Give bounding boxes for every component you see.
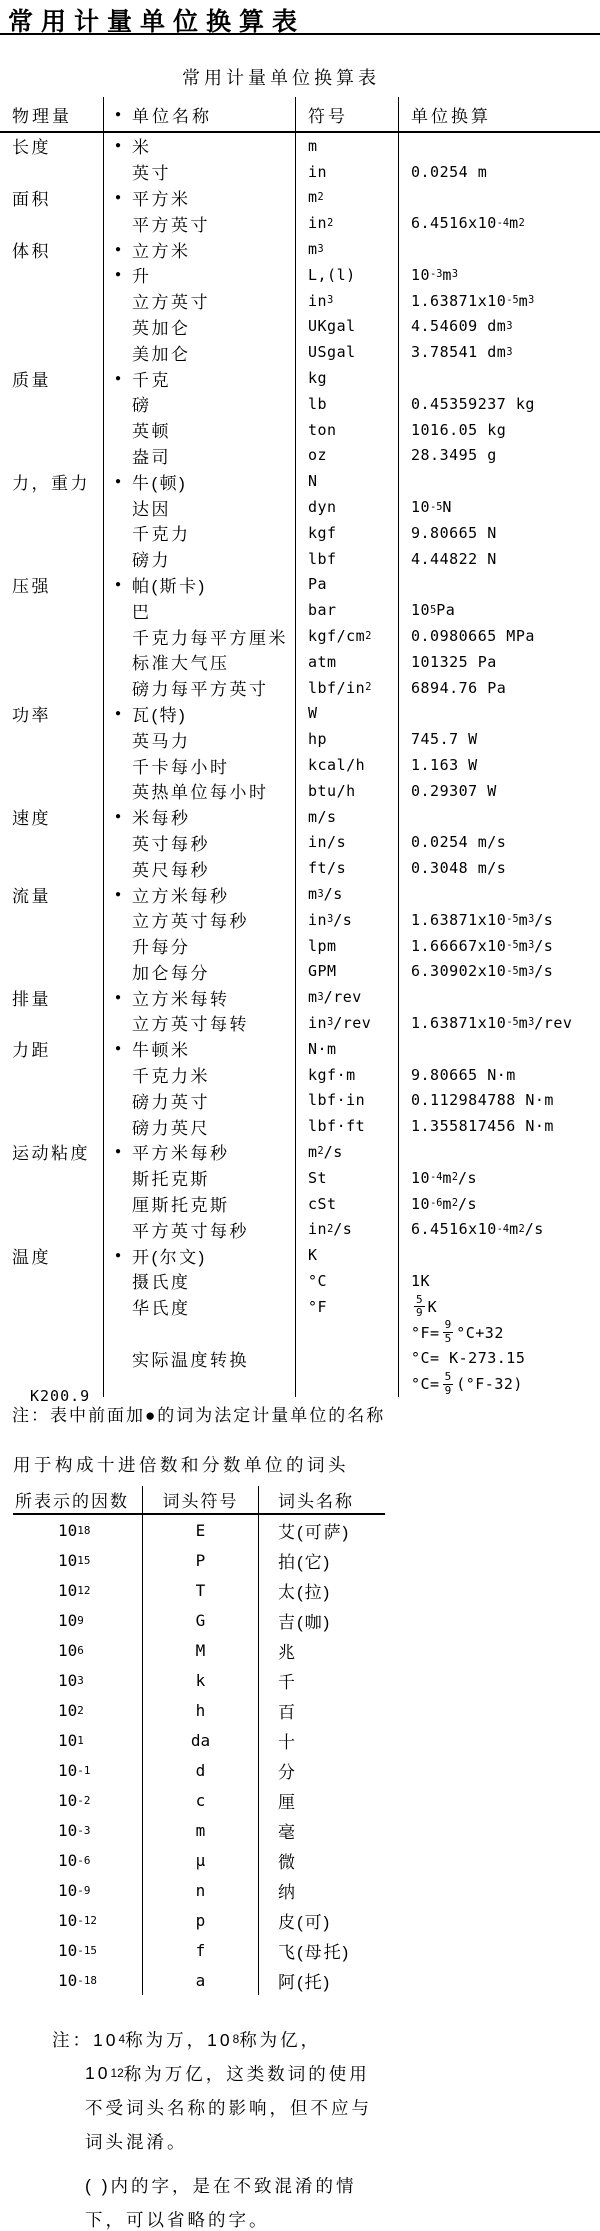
prefix-name-cell: 阿(托) [258,1965,385,1995]
quantity-cell [0,1320,103,1346]
symbol-cell: in3/s [295,907,398,933]
prefix-symbol-cell: h [142,1695,258,1725]
table-row: 华氏度°F59 K [0,1294,600,1320]
table-row: 英寸in0.0254 m [0,159,600,185]
unit-name-label: 加仑每分 [132,959,210,984]
note-line: 下，可以省略的字。 [85,2202,372,2231]
symbol-cell: N [295,468,398,494]
unit-name-cell: ●千克 [103,365,295,391]
symbol-cell: K [295,1242,398,1268]
table-row: 达因dyn10-5 N [0,494,600,520]
quantity-cell [0,649,103,675]
fraction: 95 [443,1319,454,1345]
quantity-cell [0,339,103,365]
symbol-cell: m [295,133,398,159]
quantity-cell [0,675,103,701]
unit-name-label: 摄氏度 [132,1268,191,1293]
conversion-table-header: 物理量 ● 单位名称 符号 单位换算 [0,97,600,133]
legal-unit-bullet: ● [115,1250,132,1261]
symbol-cell: ft/s [295,855,398,881]
quantity-cell [0,288,103,314]
unit-name-label: 厘斯托克斯 [132,1191,230,1216]
table-row: 运动粘度●平方米每秒m2/s [0,1139,600,1165]
legal-unit-bullet: ● [115,269,132,280]
unit-name-cell: 英寸每秒 [103,830,295,856]
unit-name-label: 升 [132,262,152,287]
quantity-cell [0,855,103,881]
conversion-cell [398,701,600,727]
table-row: 盎司oz28.3495 g [0,443,600,469]
symbol-cell: St [295,1165,398,1191]
unit-name-cell: 磅力英尺 [103,1113,295,1139]
prefix-name-cell: 毫 [258,1815,385,1845]
conversion-cell [398,881,600,907]
prefix-row: 109G吉(咖) [13,1605,385,1635]
quantity-cell [0,262,103,288]
prefix-row: 10-18a阿(托) [13,1965,385,1995]
table-row: 体积●立方米m3 [0,236,600,262]
unit-name-label: 英寸每秒 [132,830,210,855]
table-row: 长度●米m [0,133,600,159]
symbol-cell: oz [295,443,398,469]
prefix-row: 10-3m毫 [13,1815,385,1845]
symbol-cell: m3 [295,236,398,262]
unit-name-cell: 英马力 [103,726,295,752]
conversion-cell: 1.355817456 N·m [398,1113,600,1139]
unit-name-cell: 英加仑 [103,314,295,340]
fraction: 59 [414,1294,425,1320]
quantity-cell [0,1216,103,1242]
symbol-cell: kgf·m [295,1062,398,1088]
unit-name-label: 平方英寸 [132,211,210,236]
quantity-cell [0,494,103,520]
table-row: 千克力米kgf·m9.80665 N·m [0,1062,600,1088]
prefix-row: 102h百 [13,1695,385,1725]
conversion-cell: 4.44822 N [398,546,600,572]
conversion-cell: 6.4516x10-4 m2 [398,210,600,236]
prefix-symbol-cell: μ [142,1845,258,1875]
prefix-section-title: 用于构成十进倍数和分数单位的词头 [13,1452,349,1477]
unit-name-cell: 加仑每分 [103,959,295,985]
unit-name-cell: 英顿 [103,417,295,443]
unit-name-label: 磅力每平方英寸 [132,675,269,700]
prefix-row: 10-15f飞(母托) [13,1935,385,1965]
table-row: °F=95°C+32 [0,1320,600,1346]
quantity-cell: 运动粘度 [0,1139,103,1165]
quantity-cell [0,391,103,417]
unit-name-cell: ●米每秒 [103,804,295,830]
factor-cell: 109 [13,1605,142,1635]
quantity-cell [0,546,103,572]
prefix-name-cell: 艾(可萨) [258,1515,385,1545]
factor-cell: 103 [13,1665,142,1695]
table-row: 流量●立方米每秒m3/s [0,881,600,907]
unit-name-cell [103,1320,295,1346]
unit-name-label: 英加仑 [132,314,191,339]
table-row: 厘斯托克斯cSt10-6 m2/s [0,1191,600,1217]
prefix-table: 所表示的因数 词头符号 词头名称 1018E艾(可萨)1015P拍(它)1012… [13,1486,385,1995]
symbol-cell: Pa [295,572,398,598]
legal-unit-note: 注：表中前面加●的词为法定计量单位的名称 [12,1401,385,1426]
factor-cell: 10-18 [13,1965,142,1995]
table-row: 升每分lpm1.66667x10-5 m3/s [0,933,600,959]
unit-name-label: 英尺每秒 [132,856,210,881]
unit-name-cell: 标准大气压 [103,649,295,675]
table-row: 摄氏度°C1K [0,1268,600,1294]
symbol-cell [295,1320,398,1346]
conversion-cell: 28.3495 g [398,443,600,469]
quantity-cell: 面积 [0,185,103,211]
unit-name-label: 英顿 [132,417,171,442]
conversion-cell: 1.163 W [398,752,600,778]
conversion-cell: 10-3 m3 [398,262,600,288]
symbol-cell: USgal [295,339,398,365]
factor-cell: 10-2 [13,1785,142,1815]
prefix-name-cell: 十 [258,1725,385,1755]
conversion-cell: 4.54609 dm3 [398,314,600,340]
prefix-row: 10-9n纳 [13,1875,385,1905]
unit-name-cell: 摄氏度 [103,1268,295,1294]
conversion-cell: 1.66667x10-5 m3/s [398,933,600,959]
conversion-cell: 1.63871x10-5 m3/rev [398,1010,600,1036]
conversion-cell [398,572,600,598]
unit-name-cell: 美加仑 [103,339,295,365]
table-row: 美加仑USgal3.78541 dm3 [0,339,600,365]
quantity-cell [0,417,103,443]
factor-cell: 102 [13,1695,142,1725]
unit-name-label: 华氏度 [132,1294,191,1319]
unit-name-label: 磅 [132,391,152,416]
symbol-cell [295,1371,398,1397]
conversion-cell: 1K [398,1268,600,1294]
table-row: 英加仑UKgal4.54609 dm3 [0,314,600,340]
unit-name-cell: 平方英寸每秒 [103,1216,295,1242]
unit-name-cell: ●平方米 [103,185,295,211]
conversion-cell: °C= K-273.15 [398,1345,600,1371]
prefix-name-cell: 纳 [258,1875,385,1905]
symbol-cell: lbf·in [295,1087,398,1113]
quantity-cell [0,778,103,804]
quantity-cell [0,520,103,546]
conversion-cell: 0.45359237 kg [398,391,600,417]
conversion-cell: 101325 Pa [398,649,600,675]
legal-unit-bullet: ● [115,1043,132,1054]
conversion-cell: 745.7 W [398,726,600,752]
prefix-row: 106M兆 [13,1635,385,1665]
unit-name-cell: 千克力 [103,520,295,546]
symbol-cell: kg [295,365,398,391]
legal-unit-bullet: ● [115,476,132,487]
quantity-cell [0,1010,103,1036]
unit-name-cell: ●平方米每秒 [103,1139,295,1165]
table-row: 温度●开(尔文)K [0,1242,600,1268]
header-factor: 所表示的因数 [13,1486,142,1513]
unit-name-cell: ●立方米 [103,236,295,262]
unit-name-cell: 华氏度 [103,1294,295,1320]
conversion-cell [398,185,600,211]
unit-name-cell: ●开(尔文) [103,1242,295,1268]
symbol-cell: bar [295,597,398,623]
prefix-name-cell: 兆 [258,1635,385,1665]
unit-name-cell: ●牛顿米 [103,1036,295,1062]
symbol-cell: m2/s [295,1139,398,1165]
conversion-table-body: 长度●米m英寸in0.0254 m面积●平方米m2平方英寸in26.4516x1… [0,133,600,1397]
table-row: 立方英寸每转in3/rev1.63871x10-5 m3/rev [0,1010,600,1036]
unit-name-label: 米 [132,133,152,158]
header-unit-name-label: 单位名称 [132,102,212,127]
conversion-cell: 6894.76 Pa [398,675,600,701]
unit-name-cell: ●米 [103,133,295,159]
unit-name-label: 达因 [132,495,171,520]
factor-cell: 106 [13,1635,142,1665]
legal-unit-bullet: ● [115,140,132,151]
symbol-cell: m2 [295,185,398,211]
prefix-row: 103k千 [13,1665,385,1695]
unit-name-label: 巴 [132,598,152,623]
unit-name-cell: ●瓦(特) [103,701,295,727]
header-prefix-symbol: 词头符号 [142,1486,258,1513]
quantity-cell [0,907,103,933]
conversion-cell: 6.30902x10-5 m3/s [398,959,600,985]
conversion-cell: °F=95°C+32 [398,1320,600,1346]
legal-unit-bullet: ● [115,373,132,384]
unit-name-cell: 磅力英寸 [103,1087,295,1113]
symbol-cell: kgf/cm2 [295,623,398,649]
table-row: 平方英寸每秒in2/s6.4516x10-4 m2/s [0,1216,600,1242]
header-prefix-name: 词头名称 [258,1486,385,1513]
prefix-table-body: 1018E艾(可萨)1015P拍(它)1012T太(拉)109G吉(咖)106M… [13,1515,385,1995]
table-row: ●升L,(l)10-3 m3 [0,262,600,288]
prefix-row: 101da十 [13,1725,385,1755]
prefix-name-cell: 百 [258,1695,385,1725]
table-row: 实际温度转换°C= K-273.15 [0,1345,600,1371]
prefix-name-cell: 太(拉) [258,1575,385,1605]
quantity-cell: 温度 [0,1242,103,1268]
prefix-name-cell: 分 [258,1755,385,1785]
prefix-row: 10-6μ微 [13,1845,385,1875]
prefix-symbol-cell: d [142,1755,258,1785]
note-line: 1012称为万亿，这类数词的使用 [85,2056,372,2090]
legal-unit-bullet: ● [115,1146,132,1157]
unit-name-label: 立方米 [132,237,191,262]
table-row: 千卡每小时kcal/h1.163 W [0,752,600,778]
unit-name-label: 千克 [132,366,171,391]
quantity-cell: 排量 [0,984,103,1010]
prefix-name-cell: 厘 [258,1785,385,1815]
table-row: 面积●平方米m2 [0,185,600,211]
symbol-cell: in2/s [295,1216,398,1242]
unit-name-label: 千克力米 [132,1062,210,1087]
table-title: 常用计量单位换算表 [182,64,380,90]
unit-name-label: 平方米每秒 [132,1139,230,1164]
unit-name-cell: ●升 [103,262,295,288]
symbol-cell: W [295,701,398,727]
prefix-symbol-cell: f [142,1935,258,1965]
unit-name-label: 盎司 [132,443,171,468]
prefix-name-cell: 微 [258,1845,385,1875]
unit-name-cell: ●立方米每转 [103,984,295,1010]
prefix-symbol-cell: E [142,1515,258,1545]
document-page: 常用计量单位换算表 常用计量单位换算表 物理量 ● 单位名称 符号 单位换算 长… [0,0,600,2231]
conversion-cell: 10-5 N [398,494,600,520]
header-symbol: 符号 [295,97,398,131]
unit-name-cell: 立方英寸每转 [103,1010,295,1036]
conversion-cell [398,804,600,830]
quantity-cell: 体积 [0,236,103,262]
symbol-cell: kcal/h [295,752,398,778]
unit-name-label: 平方英寸每秒 [132,1217,249,1242]
table-row: 磅lb0.45359237 kg [0,391,600,417]
conversion-cell: 0.3048 m/s [398,855,600,881]
quantity-cell [0,1268,103,1294]
prefix-symbol-cell: a [142,1965,258,1995]
legal-unit-bullet: ● [115,992,132,1003]
table-row: 标准大气压atm101325 Pa [0,649,600,675]
conversion-cell: 0.112984788 N·m [398,1087,600,1113]
quantity-cell [0,314,103,340]
unit-name-label: 千克力每平方厘米 [132,624,288,649]
conversion-cell: 1.63871x10-5 m3/s [398,907,600,933]
quantity-cell [0,1191,103,1217]
prefix-table-header: 所表示的因数 词头符号 词头名称 [13,1486,385,1515]
quantity-cell: 压强 [0,572,103,598]
symbol-cell: m/s [295,804,398,830]
symbol-cell: lb [295,391,398,417]
conversion-cell: 1016.05 kg [398,417,600,443]
symbol-cell: lpm [295,933,398,959]
table-row: 磅力lbf4.44822 N [0,546,600,572]
symbol-cell: in2 [295,210,398,236]
table-row: 斯托克斯St10-4 m2/s [0,1165,600,1191]
legal-unit-bullet: ● [115,579,132,590]
factor-cell: 1012 [13,1575,142,1605]
table-row: 英热单位每小时btu/h0.29307 W [0,778,600,804]
table-row: 质量●千克kg [0,365,600,391]
table-row: 千克力每平方厘米kgf/cm20.0980665 MPa [0,623,600,649]
prefix-symbol-cell: m [142,1815,258,1845]
quantity-cell [0,1087,103,1113]
unit-name-cell: 英尺每秒 [103,855,295,881]
prefix-symbol-cell: c [142,1785,258,1815]
conversion-cell: 0.29307 W [398,778,600,804]
table-row: 压强●帕(斯卡)Pa [0,572,600,598]
prefix-row: 10-12p皮(可) [13,1905,385,1935]
prefix-name-cell: 千 [258,1665,385,1695]
symbol-cell: hp [295,726,398,752]
quantity-cell: 力，重力 [0,468,103,494]
header-unit-name: ● 单位名称 [103,97,295,131]
conversion-cell [398,468,600,494]
table-row: 巴bar105 Pa [0,597,600,623]
symbol-cell: lbf [295,546,398,572]
factor-cell: 1015 [13,1545,142,1575]
symbol-cell: °C [295,1268,398,1294]
symbol-cell: cSt [295,1191,398,1217]
symbol-cell: btu/h [295,778,398,804]
symbol-cell: in/s [295,830,398,856]
prefix-symbol-cell: P [142,1545,258,1575]
prefix-name-cell: 飞(母托) [258,1935,385,1965]
unit-name-label: 立方英寸 [132,288,210,313]
table-row: 千克力kgf9.80665 N [0,520,600,546]
table-row: 磅力英寸lbf·in0.112984788 N·m [0,1087,600,1113]
prefix-row: 10-1d分 [13,1755,385,1785]
legal-unit-bullet: ● [115,811,132,822]
header-conversion: 单位换算 [398,97,600,131]
unit-name-cell: 千克力米 [103,1062,295,1088]
table-row: 英尺每秒ft/s0.3048 m/s [0,855,600,881]
symbol-cell: dyn [295,494,398,520]
quantity-cell [0,1294,103,1320]
note-line: ( )内的字，是在不致混淆的情 [85,2168,372,2202]
factor-cell: 10-9 [13,1875,142,1905]
unit-name-cell: 千克力每平方厘米 [103,623,295,649]
unit-name-cell: 英热单位每小时 [103,778,295,804]
conversion-cell [398,236,600,262]
unit-name-label: 英热单位每小时 [132,778,269,803]
unit-name-label: 瓦(特) [132,701,187,726]
factor-cell: 101 [13,1725,142,1755]
symbol-cell: in [295,159,398,185]
unit-name-cell [103,1371,295,1397]
conversion-cell: 9.80665 N [398,520,600,546]
conversion-cell: 9.80665 N·m [398,1062,600,1088]
conversion-cell: 0.0254 m [398,159,600,185]
prefix-row: 1015P拍(它) [13,1545,385,1575]
unit-name-cell: 磅 [103,391,295,417]
conversion-cell: 105 Pa [398,597,600,623]
quantity-cell: 力距 [0,1036,103,1062]
prefix-symbol-cell: T [142,1575,258,1605]
unit-name-cell: 英寸 [103,159,295,185]
table-row: 英马力hp745.7 W [0,726,600,752]
symbol-cell: °F [295,1294,398,1320]
symbol-cell: N·m [295,1036,398,1062]
quantity-cell: 速度 [0,804,103,830]
table-row: 磅力每平方英寸lbf/in26894.76 Pa [0,675,600,701]
unit-name-label: 实际温度转换 [132,1346,249,1371]
unit-name-cell: ●牛(顿) [103,468,295,494]
note-line: 词头混淆。 [85,2124,372,2158]
legal-unit-bullet: ● [115,192,132,203]
unit-name-label: 升每分 [132,933,191,958]
conversion-cell: 59 K [398,1294,600,1320]
quantity-cell: 质量 [0,365,103,391]
unit-name-label: 磅力英尺 [132,1114,210,1139]
symbol-cell: ton [295,417,398,443]
symbol-cell: m3/rev [295,984,398,1010]
factor-cell: 10-15 [13,1935,142,1965]
unit-name-label: 千克力 [132,520,191,545]
unit-name-cell: 升每分 [103,933,295,959]
unit-name-cell: 盎司 [103,443,295,469]
quantity-cell [0,1062,103,1088]
factor-cell: 10-6 [13,1845,142,1875]
table-row: 立方英寸每秒in3/s1.63871x10-5 m3/s [0,907,600,933]
quantity-cell [0,623,103,649]
prefix-row: 10-2c厘 [13,1785,385,1815]
conversion-cell: 0.0254 m/s [398,830,600,856]
unit-name-cell: 平方英寸 [103,210,295,236]
symbol-cell: lbf/in2 [295,675,398,701]
title-divider [0,33,600,35]
symbol-cell: UKgal [295,314,398,340]
unit-name-cell: ●帕(斯卡) [103,572,295,598]
conversion-cell [398,984,600,1010]
conversion-cell [398,1036,600,1062]
prefix-name-cell: 吉(咖) [258,1605,385,1635]
unit-name-cell: 实际温度转换 [103,1345,295,1371]
